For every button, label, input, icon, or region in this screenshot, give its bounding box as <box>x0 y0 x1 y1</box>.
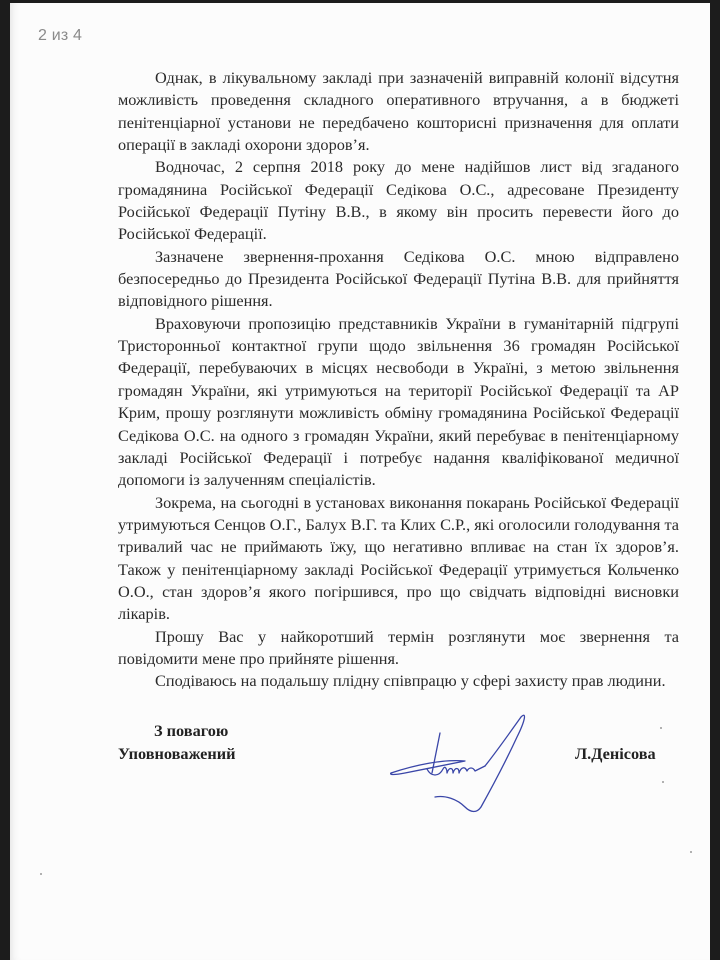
paragraph-exchange-proposal: Враховуючи пропозицію представників Укра… <box>118 313 679 492</box>
paragraph-request-forwarded: Зазначене звернення-прохання Седікова О.… <box>118 246 679 313</box>
signatory-title: Уповноважений <box>118 744 236 764</box>
scan-speck <box>662 781 664 783</box>
scan-speck <box>40 873 42 875</box>
letter-body: Однак, в лікувальному закладі при зазнач… <box>118 67 679 693</box>
paragraph-cooperation: Сподіваюсь на подальшу плідну співпрацю … <box>118 670 679 692</box>
document-page: 2 из 4 Однак, в лікувальному закладі при… <box>10 3 710 960</box>
scan-speck <box>660 727 662 729</box>
paragraph-surgery-unavailable: Однак, в лікувальному закладі при зазнач… <box>118 67 679 156</box>
page-counter: 2 из 4 <box>38 27 82 45</box>
paragraph-letter-received: Водночас, 2 серпня 2018 року до мене над… <box>118 156 679 245</box>
paragraph-request-decision: Прошу Вас у найкоротший термін розглянут… <box>118 626 679 671</box>
scan-speck <box>690 851 692 853</box>
signature-icon <box>385 711 550 816</box>
paragraph-detained-citizens: Зокрема, на сьогодні в установах виконан… <box>118 492 679 626</box>
closing-regards: З повагою <box>154 721 228 741</box>
signatory-name: Л.Денісова <box>575 744 656 764</box>
